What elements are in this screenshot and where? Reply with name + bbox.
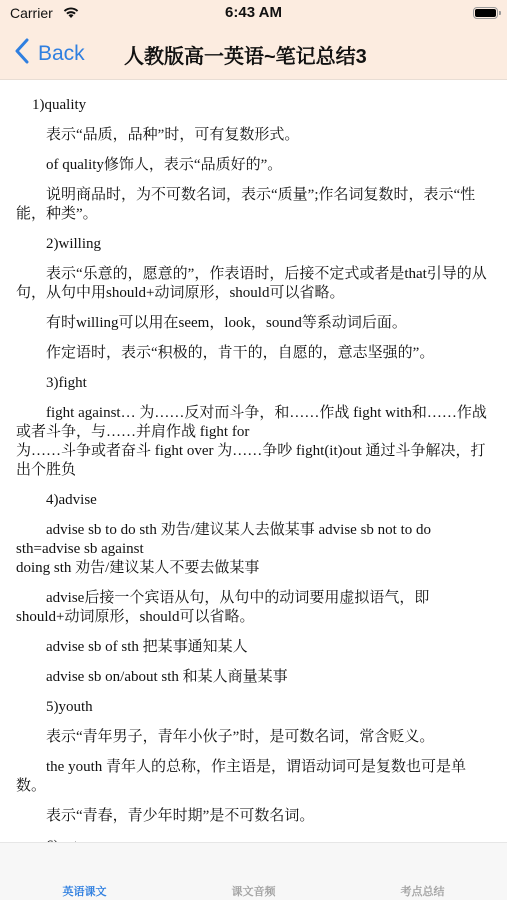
paragraph: 说明商品时，为不可数名词，表示“质量”;作名词复数时，表示“性能，种类”。: [0, 186, 507, 224]
top-bar: Carrier 6:43 AM Back 人教版高一英语~笔记总结3: [0, 0, 507, 80]
back-button[interactable]: Back: [14, 38, 85, 69]
section-heading: 1)quality: [0, 96, 507, 115]
paragraph: 有时willing可以用在seem，look，sound等系动词后面。: [0, 314, 507, 333]
paragraph: advise sb on/about sth 和某人商量某事: [0, 668, 507, 687]
section-heading: 3)fight: [0, 374, 507, 393]
status-bar: Carrier 6:43 AM: [0, 0, 507, 28]
tab-bar: 英语课文 课文音频 考点总结: [0, 842, 507, 900]
clock: 6:43 AM: [0, 4, 507, 21]
tab-key-points-summary[interactable]: 考点总结: [338, 883, 507, 899]
section-heading: 5)youth: [0, 698, 507, 717]
paragraph: advise后接一个宾语从句，从句中的动词要用虚拟语气，即should+动词原形…: [0, 589, 507, 627]
paragraph: of quality修饰人，表示“品质好的”。: [0, 156, 507, 175]
back-label: Back: [38, 42, 85, 66]
paragraph: 表示“青春，青少年时期”是不可数名词。: [0, 807, 507, 826]
tab-english-texts[interactable]: 英语课文: [0, 883, 169, 899]
paragraph: advise sb of sth 把某事通知某人: [0, 638, 507, 657]
section-heading: 2)willing: [0, 235, 507, 254]
navigation-bar: Back 人教版高一英语~笔记总结3: [0, 30, 507, 78]
section-heading: 4)advise: [0, 491, 507, 510]
paragraph: advise sb to do sth 劝告/建议某人去做某事 advise s…: [0, 521, 507, 578]
chevron-left-icon: [14, 38, 30, 69]
paragraph: 表示“青年男子，青年小伙子”时，是可数名词，常含贬义。: [0, 728, 507, 747]
paragraph: 表示“品质，品种”时，可有复数形式。: [0, 126, 507, 145]
notes-content[interactable]: 1)quality 表示“品质，品种”时，可有复数形式。 of quality修…: [0, 96, 507, 842]
paragraph: 作定语时，表示“积极的，肯干的，自愿的，意志坚强的”。: [0, 344, 507, 363]
paragraph: fight against… 为……反对而斗争，和……作战 fight with…: [0, 404, 507, 480]
paragraph: 表示“乐意的，愿意的”，作表语时，后接不定式或者是that引导的从句，从句中用s…: [0, 265, 507, 303]
page-title: 人教版高一英语~笔记总结3: [124, 40, 367, 69]
battery-icon: [473, 7, 498, 19]
paragraph: the youth 青年人的总称，作主语是，谓语动词可是复数也可是单数。: [0, 758, 507, 796]
tab-text-audio[interactable]: 课文音频: [169, 883, 338, 899]
